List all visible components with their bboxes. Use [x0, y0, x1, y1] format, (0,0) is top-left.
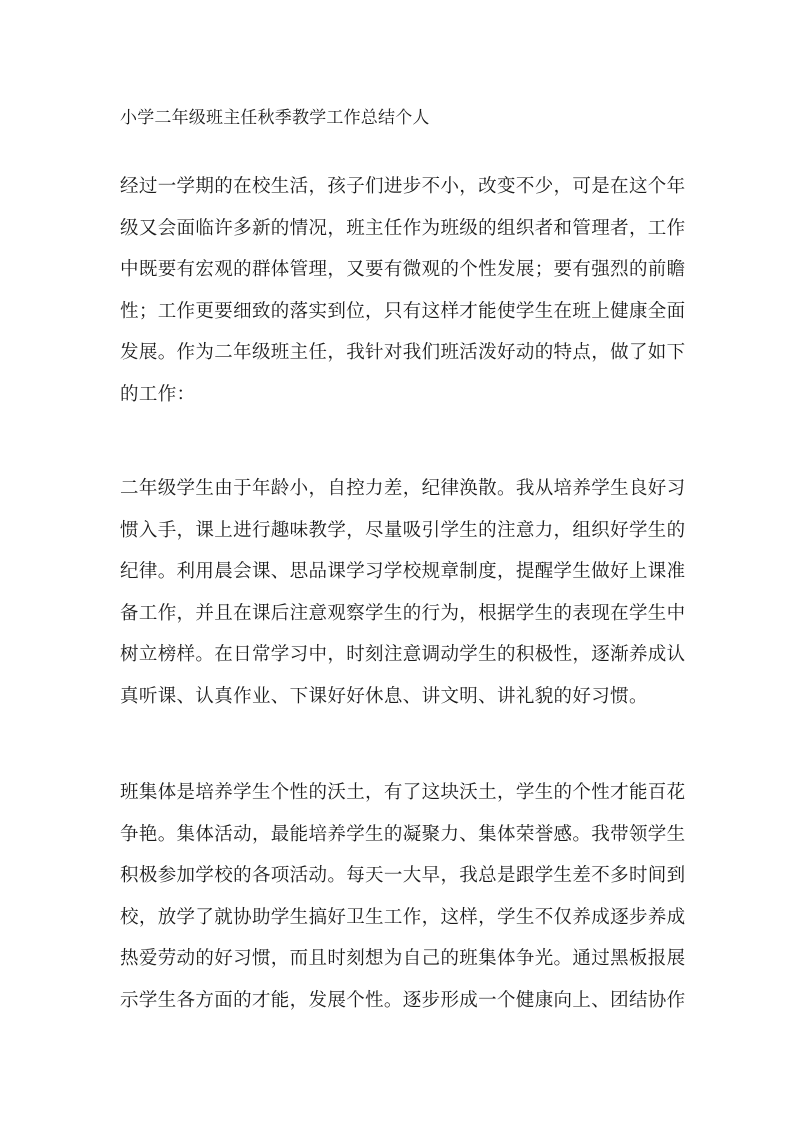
paragraph-2: 二年级学生由于年龄小，自控力差，纪律涣散。我从培养学生良好习 惯入手，课上进行趣…: [120, 468, 680, 718]
text-line: 性；工作更要细致的落实到位，只有这样才能使学生在班上健康全面: [120, 291, 680, 333]
text-line: 二年级学生由于年龄小，自控力差，纪律涣散。我从培养学生良好习: [120, 468, 680, 510]
text-line: 经过一学期的在校生活，孩子们进步不小，改变不少，可是在这个年: [120, 166, 680, 208]
text-line: 惯入手，课上进行趣味教学，尽量吸引学生的注意力，组织好学生的: [120, 510, 680, 552]
text-line: 纪律。利用晨会课、思品课学习学校规章制度，提醒学生做好上课准: [120, 551, 680, 593]
text-line: 备工作，并且在课后注意观察学生的行为，根据学生的表现在学生中: [120, 593, 680, 635]
text-line: 级又会面临许多新的情况，班主任作为班级的组织者和管理者，工作: [120, 208, 680, 250]
document-title: 小学二年级班主任秋季教学工作总结个人: [120, 104, 430, 132]
text-line: 班集体是培养学生个性的沃土，有了这块沃土，学生的个性才能百花: [120, 772, 680, 814]
text-line: 树立榜样。在日常学习中，时刻注意调动学生的积极性，逐渐养成认: [120, 634, 680, 676]
text-line: 积极参加学校的各项活动。每天一大早，我总是跟学生差不多时间到: [120, 855, 680, 897]
text-line: 校，放学了就协助学生搞好卫生工作，这样，学生不仅养成逐步养成: [120, 897, 680, 939]
text-line: 中既要有宏观的群体管理，又要有微观的个性发展；要有强烈的前瞻: [120, 249, 680, 291]
text-line: 争艳。集体活动，最能培养学生的凝聚力、集体荣誉感。我带领学生: [120, 814, 680, 856]
text-line: 发展。作为二年级班主任，我针对我们班活泼好动的特点，做了如下: [120, 332, 680, 374]
document-page: 小学二年级班主任秋季教学工作总结个人 经过一学期的在校生活，孩子们进步不小，改变…: [0, 0, 793, 1122]
text-line: 热爱劳动的好习惯，而且时刻想为自己的班集体争光。通过黑板报展: [120, 938, 680, 980]
paragraph-3: 班集体是培养学生个性的沃土，有了这块沃土，学生的个性才能百花 争艳。集体活动，最…: [120, 772, 680, 1022]
text-line: 示学生各方面的才能，发展个性。逐步形成一个健康向上、团结协作: [120, 980, 680, 1022]
paragraph-1: 经过一学期的在校生活，孩子们进步不小，改变不少，可是在这个年 级又会面临许多新的…: [120, 166, 680, 416]
text-line: 的工作：: [120, 374, 680, 416]
text-line: 真听课、认真作业、下课好好休息、讲文明、讲礼貌的好习惯。: [120, 676, 680, 718]
